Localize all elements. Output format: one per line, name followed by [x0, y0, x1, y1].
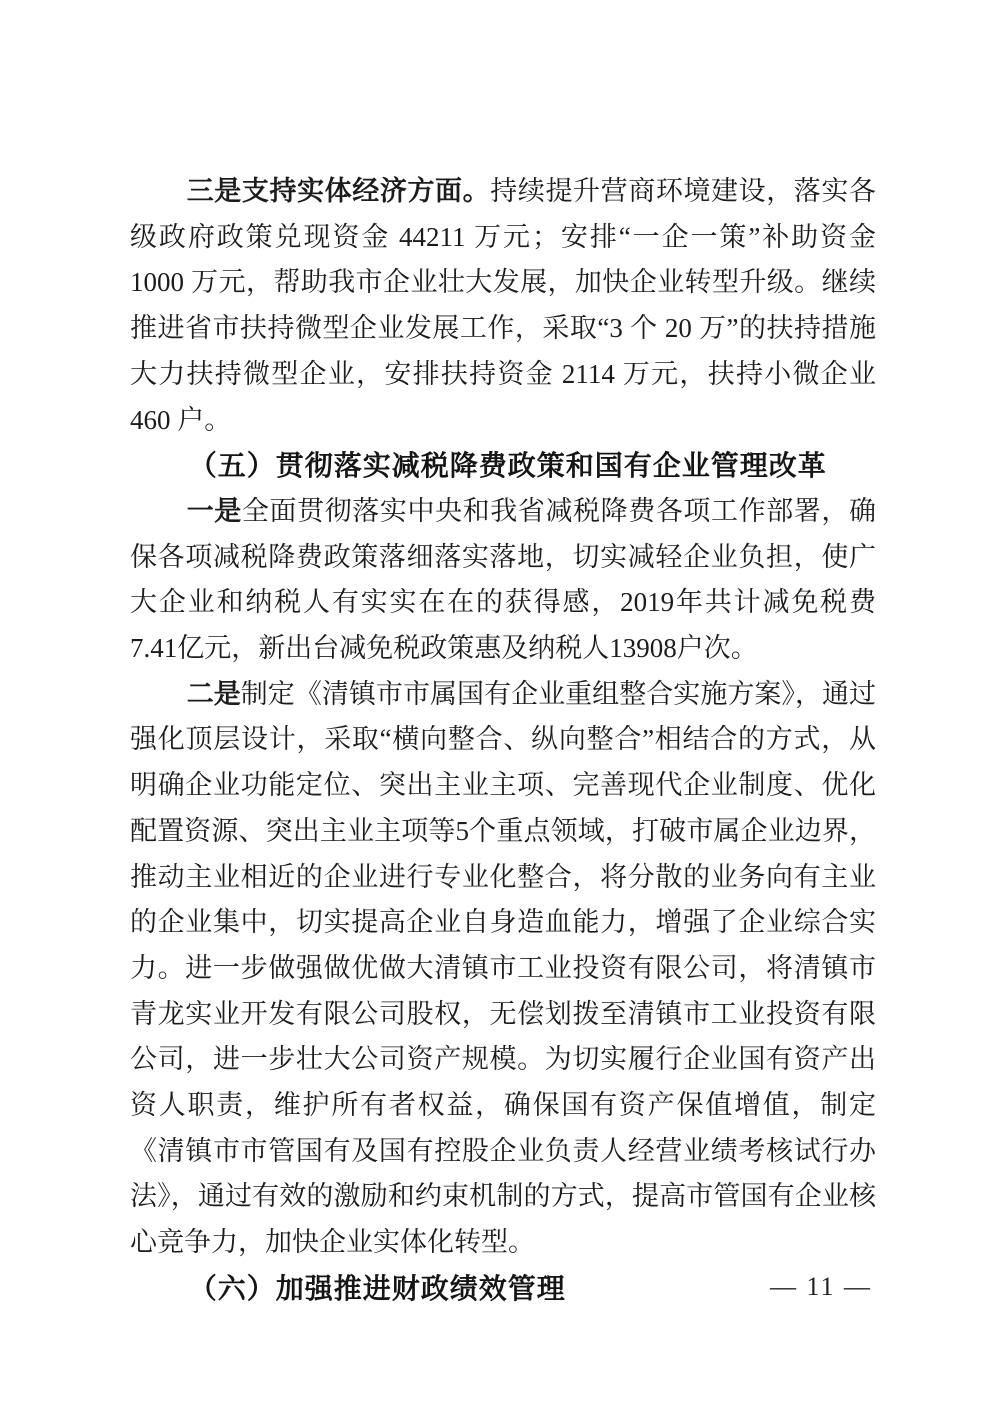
page-number: — 11 — — [770, 1272, 872, 1301]
section-heading-tax-policy-soe-reform: （五）贯彻落实减税降费政策和国有企业管理改革 — [130, 443, 876, 489]
paragraph-support-economy-text: 持续提升营商环境建设，落实各级政府政策兑现资金 44211 万元；安排“一企一策… — [130, 176, 876, 435]
paragraph-support-economy: 三是支持实体经济方面。持续提升营商环境建设，落实各级政府政策兑现资金 44211… — [130, 169, 876, 443]
paragraph-tax-reduction-text: 全面贯彻落实中央和我省减税降费各项工作部署，确保各项减税降费政策落细落实落地，切… — [130, 496, 876, 663]
paragraph-soe-reform-lead: 二是 — [187, 679, 241, 709]
paragraph-soe-reform-text: 制定《清镇市市属国有企业重组整合实施方案》，通过强化顶层设计，采取“横向整合、纵… — [130, 679, 876, 1257]
page-footer: — 11 — — [770, 1272, 872, 1302]
document-page: 三是支持实体经济方面。持续提升营商环境建设，落实各级政府政策兑现资金 44211… — [0, 0, 1000, 1414]
document-body: 三是支持实体经济方面。持续提升营商环境建设，落实各级政府政策兑现资金 44211… — [130, 169, 876, 1312]
paragraph-support-economy-lead: 三是支持实体经济方面。 — [187, 176, 491, 206]
paragraph-tax-reduction-lead: 一是 — [187, 496, 242, 526]
paragraph-soe-reform: 二是制定《清镇市市属国有企业重组整合实施方案》，通过强化顶层设计，采取“横向整合… — [130, 672, 876, 1266]
paragraph-tax-reduction: 一是全面贯彻落实中央和我省减税降费各项工作部署，确保各项减税降费政策落细落实落地… — [130, 489, 876, 672]
section-heading-fiscal-performance: （六）加强推进财政绩效管理 — [130, 1266, 876, 1312]
